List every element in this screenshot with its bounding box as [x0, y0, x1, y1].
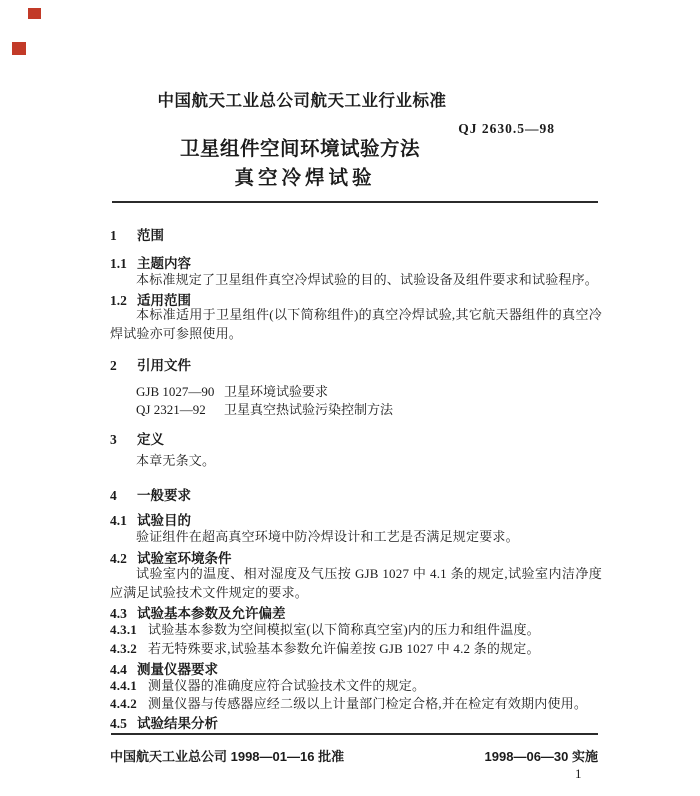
scanned-standard-document-page: 中国航天工业总公司航天工业行业标准 QJ 2630.5—98 卫星组件空间环境试…	[0, 0, 700, 796]
document-title-line1: 卫星组件空间环境试验方法	[180, 133, 420, 161]
clause-number: 4.4.1	[110, 677, 148, 696]
standard-number: QJ 2630.5—98	[458, 121, 555, 137]
red-scan-artifact-mark-1	[28, 8, 41, 19]
reference-title: 卫星环境试验要求	[224, 384, 328, 399]
footer-approval-text: 中国航天工业总公司 1998—01—16 批准	[110, 746, 344, 765]
header-divider-rule	[112, 201, 598, 203]
section-title: 试验结果分析	[137, 716, 218, 731]
section-number: 3	[110, 432, 137, 448]
section-number: 4.1	[110, 513, 137, 529]
section-number: 4.4	[110, 662, 137, 678]
section-heading-4-3: 4.3试验基本参数及允许偏差	[110, 602, 286, 622]
paragraph-1-2: 本标准适用于卫星组件(以下简称组件)的真空冷焊试验,其它航天器组件的真空冷焊试验…	[110, 306, 602, 344]
section-number: 4.3	[110, 606, 137, 622]
footer-implementation-text: 1998—06—30 实施	[485, 746, 598, 765]
clause-4-4-2: 4.4.2测量仪器与传感器应经二级以上计量部门检定合格,并在检定有效期内使用。	[110, 695, 602, 714]
reference-code: GJB 1027—90	[136, 384, 224, 400]
section-number: 2	[110, 358, 137, 374]
section-title: 试验目的	[137, 513, 191, 528]
section-title: 范围	[137, 228, 164, 243]
reference-code: QJ 2321—92	[136, 402, 224, 418]
clause-text: 若无特殊要求,试验基本参数允许偏差按 GJB 1027 中 4.2 条的规定。	[148, 641, 540, 656]
section-number: 1.1	[110, 256, 137, 272]
section-title: 定义	[137, 432, 164, 447]
clause-4-3-1: 4.3.1试验基本参数为空间模拟室(以下简称真空室)内的压力和组件温度。	[110, 621, 602, 640]
section-heading-3: 3定义	[110, 428, 164, 448]
reference-title: 卫星真空热试验污染控制方法	[224, 402, 393, 417]
clause-text: 测量仪器与传感器应经二级以上计量部门检定合格,并在检定有效期内使用。	[148, 696, 587, 711]
section-title: 引用文件	[137, 358, 191, 373]
section-title: 试验基本参数及允许偏差	[137, 606, 286, 621]
clause-number: 4.4.2	[110, 695, 148, 714]
section-heading-4-5: 4.5试验结果分析	[110, 712, 218, 732]
reference-item-1: GJB 1027—90卫星环境试验要求	[136, 381, 328, 400]
section-heading-4: 4一般要求	[110, 484, 191, 504]
section-number: 4.5	[110, 716, 137, 732]
section-heading-4-4: 4.4测量仪器要求	[110, 658, 218, 678]
footer-divider-rule	[111, 733, 598, 735]
section-heading-1: 1范围	[110, 224, 164, 244]
section-heading-4-1: 4.1试验目的	[110, 509, 191, 529]
clause-4-3-2: 4.3.2若无特殊要求,试验基本参数允许偏差按 GJB 1027 中 4.2 条…	[110, 640, 602, 659]
clause-number: 4.3.1	[110, 621, 148, 640]
reference-item-2: QJ 2321—92卫星真空热试验污染控制方法	[136, 399, 393, 418]
standard-org-line: 中国航天工业总公司航天工业行业标准	[158, 87, 447, 111]
clause-text: 试验基本参数为空间模拟室(以下简称真空室)内的压力和组件温度。	[148, 622, 540, 637]
section-number: 1	[110, 228, 137, 244]
section-heading-2: 2引用文件	[110, 354, 191, 374]
clause-4-4-1: 4.4.1测量仪器的准确度应符合试验技术文件的规定。	[110, 677, 602, 696]
page-number: 1	[575, 766, 582, 782]
paragraph-1-1: 本标准规定了卫星组件真空冷焊试验的目的、试验设备及组件要求和试验程序。	[110, 271, 602, 290]
paragraph-4-1: 验证组件在超高真空环境中防冷焊设计和工艺是否满足规定要求。	[110, 528, 602, 547]
paragraph-3: 本章无条文。	[110, 452, 602, 471]
clause-text: 测量仪器的准确度应符合试验技术文件的规定。	[148, 678, 425, 693]
section-heading-4-2: 4.2试验室环境条件	[110, 547, 232, 567]
red-scan-artifact-mark-2	[12, 42, 26, 55]
section-title: 主题内容	[137, 256, 191, 271]
section-title: 试验室环境条件	[137, 551, 232, 566]
section-number: 4	[110, 488, 137, 504]
section-title: 测量仪器要求	[137, 662, 218, 677]
paragraph-4-2: 试验室内的温度、相对湿度及气压按 GJB 1027 中 4.1 条的规定,试验室…	[110, 565, 602, 603]
section-title: 一般要求	[137, 488, 191, 503]
section-heading-1-1: 1.1主题内容	[110, 252, 191, 272]
document-title-line2: 真空冷焊试验	[234, 162, 375, 190]
clause-number: 4.3.2	[110, 640, 148, 659]
